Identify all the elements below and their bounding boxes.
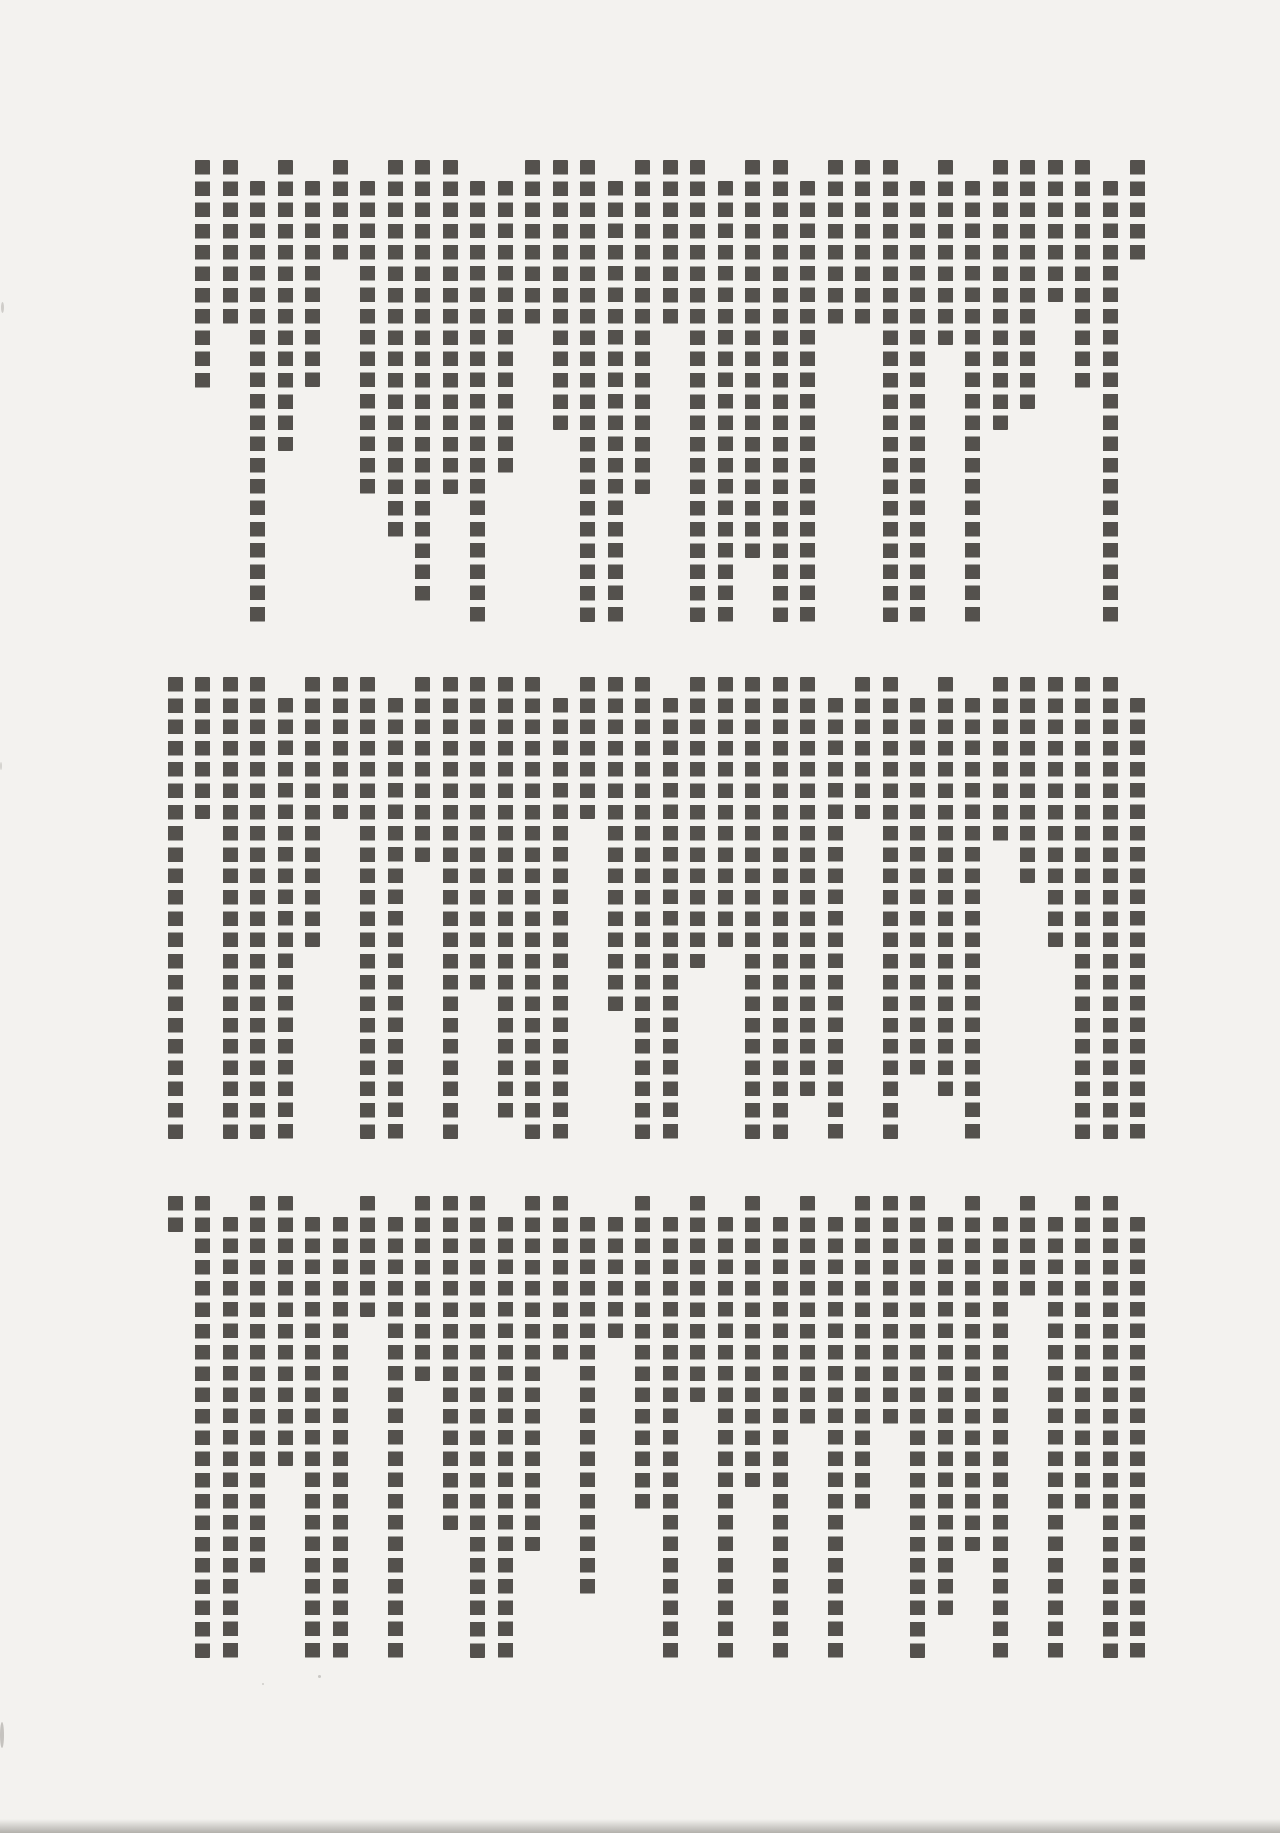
text-column-redacted <box>1048 677 1063 947</box>
text-column-redacted <box>305 1217 320 1658</box>
text-column-redacted <box>525 160 540 324</box>
text-column-redacted <box>498 181 513 472</box>
text-column-redacted <box>333 677 348 819</box>
text-column-redacted <box>278 160 293 451</box>
text-column-redacted <box>443 1196 458 1530</box>
text-column-redacted <box>223 160 238 324</box>
text-column-redacted <box>608 1217 623 1338</box>
scan-speck <box>1 302 4 313</box>
text-column-redacted <box>745 1196 760 1487</box>
text-column-redacted <box>1020 677 1035 883</box>
text-column-redacted <box>250 1196 265 1573</box>
text-column-redacted <box>745 160 760 558</box>
text-column-redacted <box>690 1196 705 1402</box>
text-column-redacted <box>168 677 183 1139</box>
scanned-novel-page <box>0 0 1280 1833</box>
text-column-redacted <box>223 677 238 1139</box>
text-column-redacted <box>745 677 760 1139</box>
text-column-redacted <box>883 1196 898 1424</box>
text-column-redacted <box>1048 160 1063 302</box>
text-band-2 <box>168 677 1146 1167</box>
text-column-redacted <box>1130 1217 1145 1658</box>
text-column-redacted <box>800 1196 815 1424</box>
text-column-redacted <box>635 1196 650 1509</box>
text-column-redacted <box>1130 160 1145 260</box>
text-column-redacted <box>580 677 595 819</box>
text-column-redacted <box>388 698 403 1139</box>
text-column-redacted <box>470 677 485 990</box>
text-column-redacted <box>360 1196 375 1317</box>
text-column-redacted <box>498 1217 513 1658</box>
text-column-redacted <box>663 1217 678 1658</box>
text-column-redacted <box>250 677 265 1139</box>
text-column-redacted <box>443 160 458 494</box>
text-column-redacted <box>360 677 375 1139</box>
text-column-redacted <box>278 1196 293 1466</box>
text-column-redacted <box>250 181 265 622</box>
text-column-redacted <box>525 1196 540 1551</box>
text-column-redacted <box>1075 1196 1090 1509</box>
text-column-redacted <box>553 1196 568 1360</box>
text-column-redacted <box>910 181 925 622</box>
text-column-redacted <box>910 698 925 1075</box>
text-column-redacted <box>828 1217 843 1658</box>
text-column-redacted <box>608 181 623 622</box>
text-column-redacted <box>498 677 513 1118</box>
text-column-redacted <box>663 160 678 324</box>
text-column-redacted <box>938 677 953 1096</box>
text-column-redacted <box>305 677 320 947</box>
text-column-redacted <box>470 1196 485 1658</box>
text-column-redacted <box>608 677 623 1011</box>
text-column-redacted <box>195 1196 210 1658</box>
text-column-redacted <box>938 1217 953 1615</box>
text-column-redacted <box>443 677 458 1139</box>
text-column-redacted <box>635 160 650 494</box>
text-column-redacted <box>910 1196 925 1658</box>
text-column-redacted <box>718 1217 733 1658</box>
text-column-redacted <box>993 1217 1008 1658</box>
text-column-redacted <box>855 1196 870 1509</box>
text-column-redacted <box>278 698 293 1139</box>
scan-speck <box>0 1722 4 1748</box>
text-column-redacted <box>800 677 815 1096</box>
text-column-redacted <box>470 181 485 622</box>
scan-speck <box>318 1675 321 1678</box>
text-column-redacted <box>883 677 898 1139</box>
text-column-redacted <box>855 677 870 819</box>
text-column-redacted <box>773 1217 788 1658</box>
text-column-redacted <box>800 181 815 622</box>
text-column-redacted <box>773 677 788 1139</box>
text-column-redacted <box>360 181 375 494</box>
text-column-redacted <box>773 160 788 622</box>
text-column-redacted <box>965 698 980 1139</box>
text-column-redacted <box>415 160 430 601</box>
text-column-redacted <box>965 1196 980 1551</box>
scan-speck <box>0 762 2 770</box>
text-column-redacted <box>883 160 898 622</box>
text-band-1 <box>195 160 1145 650</box>
text-column-redacted <box>718 181 733 622</box>
text-column-redacted <box>1130 698 1145 1139</box>
text-column-redacted <box>415 677 430 862</box>
text-column-redacted <box>223 1217 238 1658</box>
text-column-redacted <box>938 160 953 345</box>
text-column-redacted <box>993 160 1008 430</box>
text-column-redacted <box>855 160 870 324</box>
text-column-redacted <box>1048 1217 1063 1658</box>
text-column-redacted <box>580 160 595 622</box>
text-column-redacted <box>690 160 705 622</box>
text-column-redacted <box>965 181 980 622</box>
text-column-redacted <box>195 160 210 388</box>
text-column-redacted <box>1103 677 1118 1139</box>
text-column-redacted <box>580 1217 595 1594</box>
text-column-redacted <box>993 677 1008 841</box>
text-column-redacted <box>525 677 540 1139</box>
text-column-redacted <box>1075 160 1090 388</box>
scan-bottom-edge-shadow <box>0 1819 1280 1833</box>
text-column-redacted <box>690 677 705 968</box>
text-column-redacted <box>553 160 568 430</box>
text-column-redacted <box>1020 160 1035 409</box>
text-column-redacted <box>388 1217 403 1658</box>
text-column-redacted <box>635 677 650 1139</box>
text-column-redacted <box>415 1196 430 1381</box>
text-column-redacted <box>828 698 843 1139</box>
text-column-redacted <box>195 677 210 819</box>
text-column-redacted <box>1020 1196 1035 1296</box>
text-column-redacted <box>553 698 568 1139</box>
text-column-redacted <box>333 160 348 260</box>
scan-speck <box>262 1683 264 1685</box>
text-column-redacted <box>305 181 320 387</box>
text-column-redacted <box>828 160 843 324</box>
text-column-redacted <box>1103 181 1118 622</box>
text-column-redacted <box>168 1196 183 1232</box>
text-column-redacted <box>388 160 403 537</box>
text-column-redacted <box>1103 1196 1118 1658</box>
text-column-redacted <box>663 698 678 1139</box>
text-column-redacted <box>1075 677 1090 1139</box>
text-band-3 <box>168 1196 1146 1686</box>
text-column-redacted <box>718 677 733 947</box>
text-column-redacted <box>333 1217 348 1658</box>
